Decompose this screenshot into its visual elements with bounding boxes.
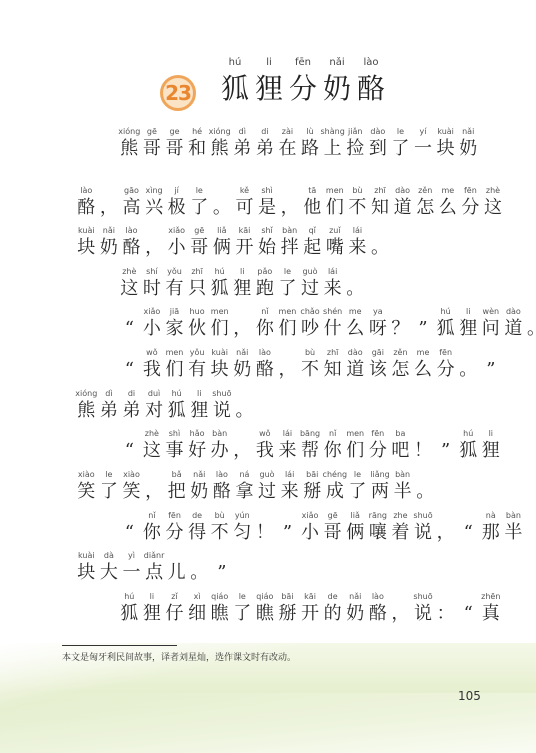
hanzi: 小 [165,237,188,259]
char-cell: zěn怎 [414,185,437,219]
char-cell: “ [118,306,141,340]
pinyin: zhēn [481,591,500,603]
hanzi: 酪 [211,481,234,503]
hanzi: 哥 [141,138,164,160]
pinyin: dì [105,388,112,400]
pinyin: liǎ [217,225,226,237]
hanzi: 到 [367,138,390,160]
char-cell: shén什 [321,306,344,340]
hanzi: 不 [208,522,231,544]
pinyin: hé [192,126,202,138]
pinyin: qiáo [211,591,228,603]
hanzi: 酪 [75,197,98,219]
hanzi: 成 [324,481,347,503]
pinyin: le [196,185,203,197]
char-cell: 。 [369,225,392,259]
char-cell: xiǎo小 [141,306,164,340]
hanzi: 小 [141,318,164,340]
char-cell: chéng成 [324,469,347,503]
hanzi: 。 [233,400,256,422]
hanzi: 是 [256,197,279,219]
hanzi: 吧 [389,440,412,462]
hanzi: 极 [165,197,188,219]
pinyin: tā [308,185,316,197]
pinyin: ba [395,428,405,440]
char-cell: zhī知 [321,347,344,381]
char-cell: lào酪 [211,469,234,503]
pinyin: guò [260,469,275,481]
char-cell: bù不 [346,185,369,219]
char-cell: qiáo瞧 [254,591,277,625]
char-cell: fēn分 [459,185,482,219]
pinyin: qǐ [309,225,316,237]
char-cell: zhè这 [482,185,505,219]
pinyin: kě [240,185,249,197]
pinyin: xiǎo [168,225,185,237]
char-cell: ， [98,185,121,219]
pinyin: bǎ [172,469,182,481]
char-cell: xiào笑 [75,469,98,503]
pinyin: huo [190,306,205,318]
hanzi: 掰 [276,603,299,625]
char-cell: me么 [437,185,460,219]
pinyin: zhè [486,185,500,197]
char-cell: yǒu有 [163,266,186,300]
hanzi: 在 [276,138,299,160]
hanzi: 可 [233,197,256,219]
hanzi: 该 [367,359,390,381]
pinyin: zuǐ [329,225,341,237]
pinyin: lào [80,185,92,197]
char-cell: ná拿 [233,469,256,503]
hanzi: 得 [186,522,209,544]
char-cell: hú狐 [118,591,141,625]
hanzi: 儿 [165,562,188,584]
hanzi: 开 [233,237,256,259]
pinyin: gāo [124,185,139,197]
hanzi: 来 [346,237,369,259]
pinyin: gāi [372,347,384,359]
char-cell: ” [211,550,234,584]
char-cell: zhè这 [141,428,164,462]
pinyin: dào [348,347,363,359]
char-cell: gē哥 [321,510,344,544]
hanzi: 嚷 [367,522,390,544]
hanzi: 开 [299,603,322,625]
pinyin: zhī [327,347,339,359]
title-char: li狸 [252,55,286,107]
hanzi: 狐 [118,603,141,625]
char-cell: xìng兴 [143,185,166,219]
hanzi: 酪 [354,71,388,107]
hanzi: 们 [208,318,231,340]
hanzi: 一 [120,562,143,584]
hanzi: 弟 [98,400,121,422]
pinyin: pǎo [257,266,272,278]
char-cell: dào到 [367,126,390,160]
char-cell: wèn问 [480,306,503,340]
char-cell: shuō说 [412,510,435,544]
pinyin: kuài [211,347,228,359]
char-cell: ？ [389,306,412,340]
char-cell: wǒ我 [141,347,164,381]
pinyin: li [466,306,470,318]
pinyin: rāng [369,510,387,522]
hanzi: 一 [412,138,435,160]
hanzi: 分 [367,440,390,462]
char-cell: nǎi奶 [457,126,480,160]
pinyin: guò [303,266,318,278]
pinyin: shì [261,185,272,197]
char-cell: kuài块 [75,225,98,259]
hanzi: 伙 [186,318,209,340]
pinyin: shàng [320,126,344,138]
char-cell: shì事 [163,428,186,462]
char-cell: lái来 [321,266,344,300]
pinyin: zhī [191,266,203,278]
char-cell: bàn拌 [278,225,301,259]
hanzi: ” [276,522,299,544]
text-line: xiào笑le了xiào笑，bǎ把nǎi奶lào酪ná拿guò过lái来bāi掰… [75,469,437,503]
char-cell: nà那 [480,510,503,544]
char-cell: huo伙 [186,306,209,340]
pinyin: qiáo [256,591,273,603]
char-cell: ， [276,347,299,381]
pinyin: hú [215,266,225,278]
pinyin: dào [506,306,521,318]
hanzi: 酪 [254,359,277,381]
hanzi: ！ [412,440,435,462]
char-cell: hǎo好 [186,428,209,462]
hanzi: 我 [141,359,164,381]
hanzi: 狐 [208,278,231,300]
pinyin: yì [128,550,135,562]
hanzi: 问 [480,318,503,340]
pinyin: lào [372,591,384,603]
char-cell: lù路 [299,126,322,160]
pinyin: bù [305,347,315,359]
text-line: xióng熊dì弟di弟duì对hú狐li狸shuō说。 [75,388,256,422]
char-cell: xióng熊 [208,126,231,160]
hanzi: “ [118,359,141,381]
char-cell: dào道 [391,185,414,219]
char-cell: 儿 [165,550,188,584]
pinyin: shén [323,306,342,318]
lesson-number-badge: 23 [160,75,196,111]
hanzi: 你 [141,522,164,544]
char-cell: dì弟 [98,388,121,422]
char-cell: hú狐 [208,266,231,300]
hanzi: 酪 [367,603,390,625]
pinyin: fēn [464,185,477,197]
hanzi: 了 [231,603,254,625]
title-char: lào酪 [354,55,388,107]
hanzi: “ [118,522,141,544]
char-cell: li狸 [141,591,164,625]
char-cell: ， [278,185,301,219]
hanzi: 狐 [434,318,457,340]
char-cell: nǐ你 [254,306,277,340]
char-cell: hú狐 [165,388,188,422]
pinyin: lái [283,428,292,440]
char-cell: zǐ仔 [163,591,186,625]
pinyin: li [252,55,286,71]
pinyin: shuō [413,510,432,522]
pinyin: zěn [393,347,407,359]
char-cell: nǎi奶 [344,591,367,625]
hanzi: 捡 [344,138,367,160]
hanzi: 小 [299,522,322,544]
hanzi: 这 [118,278,141,300]
char-cell: me么 [412,347,435,381]
hanzi: 。 [369,237,392,259]
pinyin: nǐ [148,510,155,522]
char-cell: lào酪 [254,347,277,381]
hanzi: 两 [369,481,392,503]
hanzi: 道 [344,359,367,381]
lesson-title: hú狐li狸fēn分nǎi奶lào酪 [218,55,388,107]
hanzi: 狸 [480,440,503,462]
pinyin: hú [441,306,451,318]
pinyin: dào [395,185,410,197]
hanzi: 块 [208,359,231,381]
hanzi: ” [412,318,435,340]
pinyin: lái [353,225,362,237]
hanzi: 熊 [75,400,98,422]
char-cell: tā他 [301,185,324,219]
pinyin: li [489,428,493,440]
hanzi: ， [278,197,301,219]
hanzi: 熊 [118,138,141,160]
hanzi: “ [118,440,141,462]
pinyin: chéng [323,469,348,481]
hanzi: 说 [412,522,435,544]
hanzi: ， [231,318,254,340]
pinyin: nà [486,510,496,522]
hanzi: 狸 [252,71,286,107]
char-cell: le了 [346,469,369,503]
char-cell: fēn分 [163,510,186,544]
pinyin: bàn [506,510,521,522]
char-cell: zhēn真 [480,591,503,625]
char-cell: gāi该 [367,347,390,381]
hanzi: 家 [163,318,186,340]
char-cell: lái来 [278,469,301,503]
hanzi: 弟 [120,400,143,422]
pinyin: le [284,266,291,278]
hanzi: 点 [143,562,166,584]
pinyin: le [239,591,246,603]
pinyin: jí [174,185,178,197]
char-cell: de得 [186,510,209,544]
hanzi: 起 [301,237,324,259]
pinyin: liǎng [370,469,390,481]
pinyin: zǐ [171,591,177,603]
pinyin: di [261,126,268,138]
hanzi: 了 [346,481,369,503]
pinyin: di [128,388,135,400]
text-line: hú狐li狸zǐ仔xì细qiáo瞧le了qiáo瞧bāi掰kāi开de的nǎi奶… [118,591,502,625]
pinyin: zhè [145,428,159,440]
char-cell: zhe着 [389,510,412,544]
char-cell: 。 [211,185,234,219]
hanzi: 兴 [143,197,166,219]
pinyin: kāi [239,225,251,237]
char-cell: nǐ你 [321,428,344,462]
char-cell: kuài块 [75,550,98,584]
char-cell: zhī知 [369,185,392,219]
pinyin: wǒ [146,347,157,359]
pinyin: xiǎo [144,306,161,318]
hanzi: 狐 [165,400,188,422]
hanzi: 。 [525,318,536,340]
hanzi: 块 [75,237,98,259]
hanzi: 拌 [278,237,301,259]
pinyin: nǐ [329,428,336,440]
char-cell: chǎo吵 [299,306,322,340]
char-cell: ！ [412,428,435,462]
pinyin: zhī [374,185,386,197]
pinyin: xióng [75,388,97,400]
text-line: “wǒ我men们yǒu有kuài块nǎi奶lào酪，bù不zhī知dào道gāi… [118,347,502,381]
hanzi: ” [211,562,234,584]
pinyin: zěn [418,185,432,197]
char-cell: kāi开 [299,591,322,625]
pinyin: bàn [212,428,227,440]
pinyin: gē [328,510,338,522]
char-cell: “ [118,428,141,462]
hanzi: 好 [186,440,209,462]
pinyin: de [192,510,202,522]
pinyin: bāi [306,469,318,481]
hanzi: ， [276,359,299,381]
hanzi: 只 [186,278,209,300]
pinyin: shì [169,428,180,440]
pinyin: le [105,469,112,481]
hanzi: 。 [457,359,480,381]
text-line: lào酪，gāo高xìng兴jí极le了。kě可shì是，tā他men们bù不z… [75,185,504,219]
pinyin: diǎnr [144,550,165,562]
hanzi: ， [143,481,166,503]
hanzi: 那 [480,522,503,544]
hanzi: 了 [188,197,211,219]
pinyin: men [211,306,229,318]
hanzi: ？ [389,318,412,340]
pinyin: nǎi [236,347,248,359]
char-cell: ge哥 [163,126,186,160]
char-cell: ， [143,225,166,259]
char-cell: nǎi奶 [231,347,254,381]
hanzi: 分 [163,522,186,544]
decorative-grass-highlight [0,693,536,753]
hanzi: 不 [299,359,322,381]
hanzi: 嘴 [324,237,347,259]
hanzi: 跑 [254,278,277,300]
footnote: 本文是匈牙利民间故事，译者刘星灿，选作课文时有改动。 [62,650,296,663]
title-char: hú狐 [218,55,252,107]
char-cell: gāo高 [120,185,143,219]
hanzi: 了 [98,481,121,503]
hanzi: 半 [502,522,525,544]
char-cell: le了 [98,469,121,503]
hanzi: 狸 [457,318,480,340]
char-cell: qiáo瞧 [208,591,231,625]
pinyin: kuài [78,550,95,562]
hanzi: 么 [344,318,367,340]
hanzi: 事 [163,440,186,462]
hanzi: 奶 [457,138,480,160]
hanzi: 弟 [254,138,277,160]
hanzi: 奶 [231,359,254,381]
text-line: xióng熊gē哥ge哥hé和xióng熊dì弟di弟zài在lù路shàng上… [118,126,480,160]
char-cell: duì对 [143,388,166,422]
hanzi: 知 [369,197,392,219]
char-cell: le了 [231,591,254,625]
char-cell: qǐ起 [301,225,324,259]
pinyin: bù [215,510,225,522]
char-cell: kě可 [233,185,256,219]
hanzi: 匀 [231,522,254,544]
pinyin: de [328,591,338,603]
pinyin: shuō [212,388,231,400]
hanzi: 始 [256,237,279,259]
hanzi: 我 [254,440,277,462]
pinyin: li [240,266,244,278]
pinyin: xì [194,591,201,603]
pinyin: hú [124,591,134,603]
char-cell: ， [231,428,254,462]
hanzi: 瞧 [208,603,231,625]
hanzi: 笑 [75,481,98,503]
char-cell: lái来 [346,225,369,259]
char-cell: shuō说 [412,591,435,625]
pinyin: shǐ [261,225,272,237]
hanzi: ， [231,440,254,462]
hanzi: 这 [482,197,505,219]
pinyin: bù [352,185,362,197]
hanzi: 说 [211,400,234,422]
hanzi: 把 [165,481,188,503]
pinyin: yún [235,510,250,522]
pinyin: yǒu [190,347,205,359]
pinyin: lào [354,55,388,71]
char-cell: ， [231,306,254,340]
pinyin: nǎi [193,469,205,481]
hanzi: 过 [299,278,322,300]
char-cell: kāi开 [233,225,256,259]
hanzi: 上 [321,138,344,160]
pinyin: zhè [122,266,136,278]
char-cell: lào酪 [75,185,98,219]
char-cell: li狸 [480,428,503,462]
hanzi: 来 [278,481,301,503]
text-line: “nǐ你fēn分de得bù不yún匀！”xiǎo小gē哥liǎ俩rāng嚷zhe… [118,510,525,544]
pinyin: yǒu [167,266,182,278]
char-cell: kuài块 [434,126,457,160]
char-cell: zěn怎 [389,347,412,381]
hanzi: 来 [276,440,299,462]
char-cell: “ [118,347,141,381]
hanzi: 笑 [120,481,143,503]
char-cell: ” [434,428,457,462]
char-cell: gē哥 [141,126,164,160]
hanzi: 狸 [188,400,211,422]
hanzi: 怎 [414,197,437,219]
char-cell: jiā家 [163,306,186,340]
pinyin: nǎi [320,55,354,71]
hanzi: “ [457,522,480,544]
pinyin: li [150,591,154,603]
